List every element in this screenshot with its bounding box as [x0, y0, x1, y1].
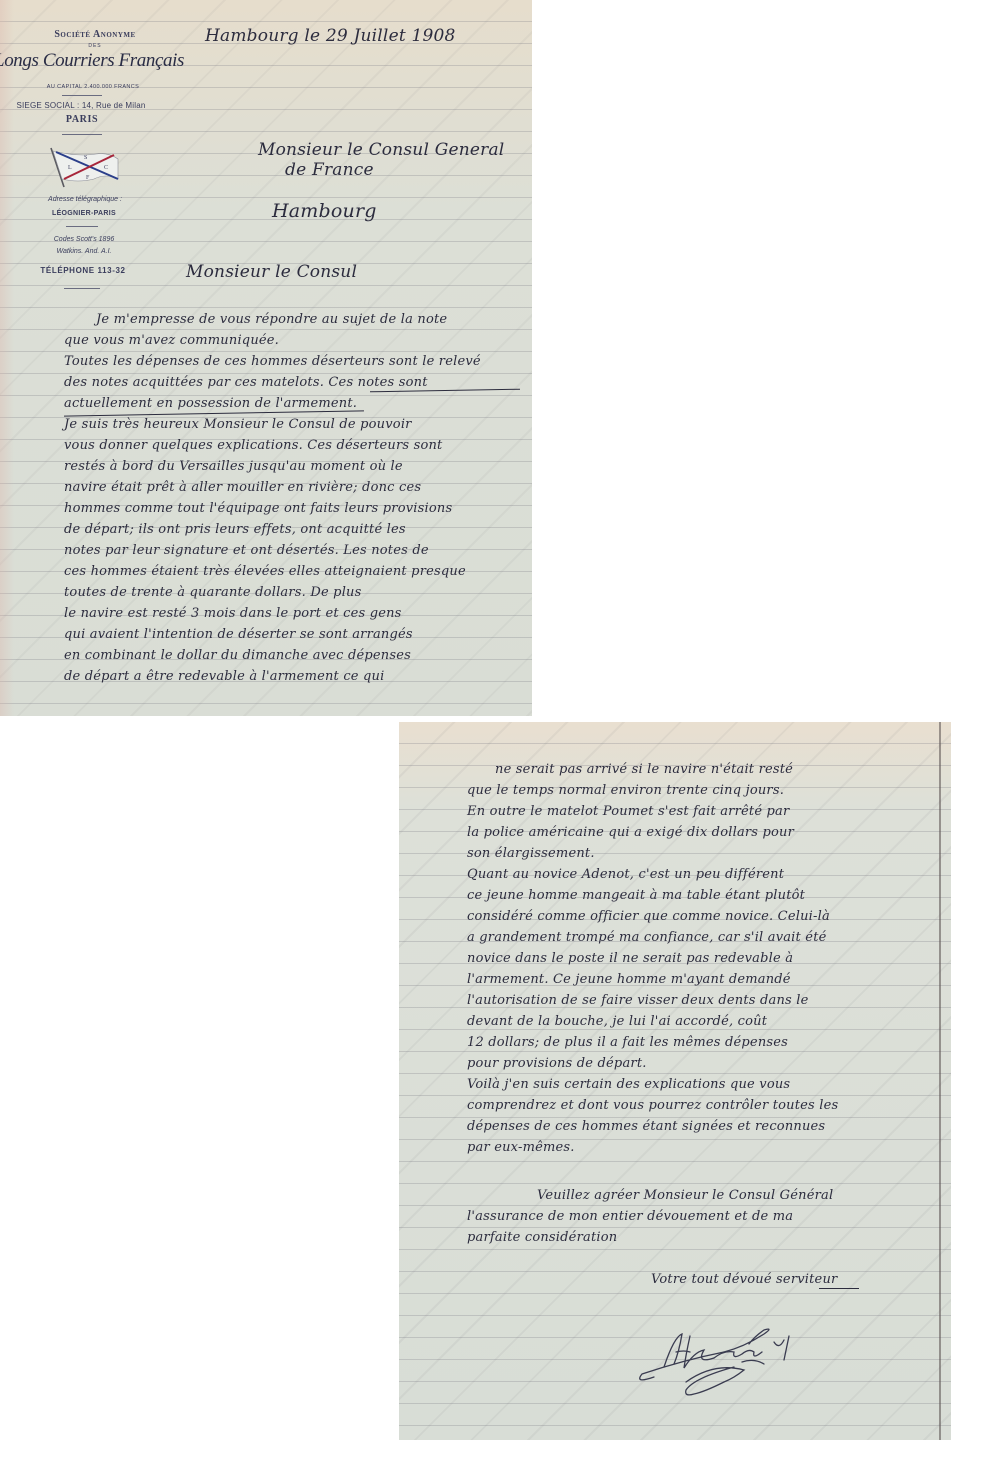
body-line: la police américaine qui a exigé dix dol… [467, 825, 794, 840]
recipient-line-1: Monsieur le Consul General [258, 140, 504, 160]
recipient-line-2: de France [285, 160, 374, 180]
recipient-line-3: Hambourg [272, 200, 377, 222]
dateline: Hambourg le 29 Juillet 1908 [205, 26, 456, 46]
body-line: Toutes les dépenses de ces hommes désert… [64, 354, 481, 369]
letterhead-company-type: Société Anonyme [0, 29, 190, 40]
letterhead-codes: Codes Scott's 1896 [0, 236, 168, 243]
letterhead-city: PARIS [0, 114, 164, 125]
body-line: Je m'empresse de vous répondre au sujet … [96, 312, 447, 327]
body-line: Je suis très heureux Monsieur le Consul … [64, 417, 412, 432]
body-line: restés à bord du Versailles jusqu'au mom… [64, 459, 403, 474]
body-line: des notes acquittées par ces matelots. C… [64, 375, 428, 390]
body-line: novice dans le poste il ne serait pas re… [467, 951, 793, 966]
body-line: de départ a être redevable à l'armement … [64, 669, 384, 684]
body-line: vous donner quelques explications. Ces d… [64, 438, 442, 453]
letterhead-telephone: TÉLÉPHONE 113-32 [0, 266, 166, 275]
body-line: considéré comme officier que comme novic… [467, 909, 830, 924]
body-line: hommes comme tout l'équipage ont faits l… [64, 501, 452, 516]
closing-line: l'assurance de mon entier dévouement et … [467, 1209, 793, 1224]
letterhead-company-name: Longs Courriers Français [0, 50, 184, 72]
letterhead-telegraph-label: Adresse télégraphique : [0, 196, 170, 203]
divider [66, 226, 98, 227]
signature-icon [624, 1312, 824, 1412]
body-line: dépenses de ces hommes étant signées et … [467, 1119, 825, 1134]
svg-text:C: C [104, 165, 108, 171]
divider [62, 95, 102, 96]
valediction: Votre tout dévoué serviteur [651, 1272, 837, 1287]
body-line: qui avaient l'intention de déserter se s… [64, 627, 413, 642]
body-line: de départ; ils ont pris leurs effets, on… [64, 522, 406, 537]
letter-page-2: ne serait pas arrivé si le navire n'étai… [399, 722, 951, 1440]
body-line: son élargissement. [467, 846, 595, 861]
body-line: l'armement. Ce jeune homme m'ayant deman… [467, 972, 791, 987]
closing-line: Veuillez agréer Monsieur le Consul Génér… [537, 1188, 833, 1203]
body-line: ne serait pas arrivé si le navire n'étai… [495, 762, 793, 777]
underline [64, 410, 364, 416]
body-line: toutes de trente à quarante dollars. De … [64, 585, 362, 600]
letterhead-head-office: SIEGE SOCIAL : 14, Rue de Milan [0, 101, 162, 110]
body-line: Quant au novice Adenot, c'est un peu dif… [467, 867, 784, 882]
body-line: En outre le matelot Poumet s'est fait ar… [467, 804, 789, 819]
divider [64, 288, 100, 289]
svg-text:L: L [68, 165, 72, 171]
body-line: le navire est resté 3 mois dans le port … [64, 606, 402, 621]
body-line: en combinant le dollar du dimanche avec … [64, 648, 411, 663]
body-line: que vous m'avez communiquée. [64, 333, 279, 348]
body-line: notes par leur signature et ont désertés… [64, 543, 429, 558]
letter-page-1: Société Anonyme DES Longs Courriers Fran… [0, 0, 532, 716]
house-flag-icon: S L C F [48, 145, 124, 189]
divider [62, 134, 102, 135]
body-line: devant de la bouche, je lui l'ai accordé… [467, 1014, 767, 1029]
body-line: a grandement trompé ma confiance, car s'… [467, 930, 827, 945]
letterhead-telegraph-address: LÉOGNIER-PARIS [0, 210, 168, 217]
body-line: par eux-mêmes. [467, 1140, 575, 1155]
underline [819, 1288, 859, 1289]
salutation: Monsieur le Consul [186, 262, 357, 282]
letterhead-capital: AU CAPITAL 2.400.000 FRANCS [8, 84, 178, 90]
letterhead-codes-2: Watkins. And. A.I. [0, 248, 168, 255]
svg-text:S: S [84, 155, 87, 161]
body-line: ces hommes étaient très élevées elles at… [64, 564, 466, 579]
body-line: comprendrez et dont vous pourrez contrôl… [467, 1098, 838, 1113]
body-line: 12 dollars; de plus il a fait les mêmes … [467, 1035, 788, 1050]
body-line: l'autorisation de se faire visser deux d… [467, 993, 808, 1008]
letterhead-des: DES [0, 43, 190, 49]
body-line: pour provisions de départ. [467, 1056, 647, 1071]
body-line: navire était prêt à aller mouiller en ri… [64, 480, 421, 495]
body-line: Voilà j'en suis certain des explications… [467, 1077, 790, 1092]
closing-line: parfaite considération [467, 1230, 617, 1245]
body-line: que le temps normal environ trente cinq … [467, 783, 784, 798]
body-line: actuellement en possession de l'armement… [64, 396, 357, 411]
body-line: ce jeune homme mangeait à ma table étant… [467, 888, 805, 903]
